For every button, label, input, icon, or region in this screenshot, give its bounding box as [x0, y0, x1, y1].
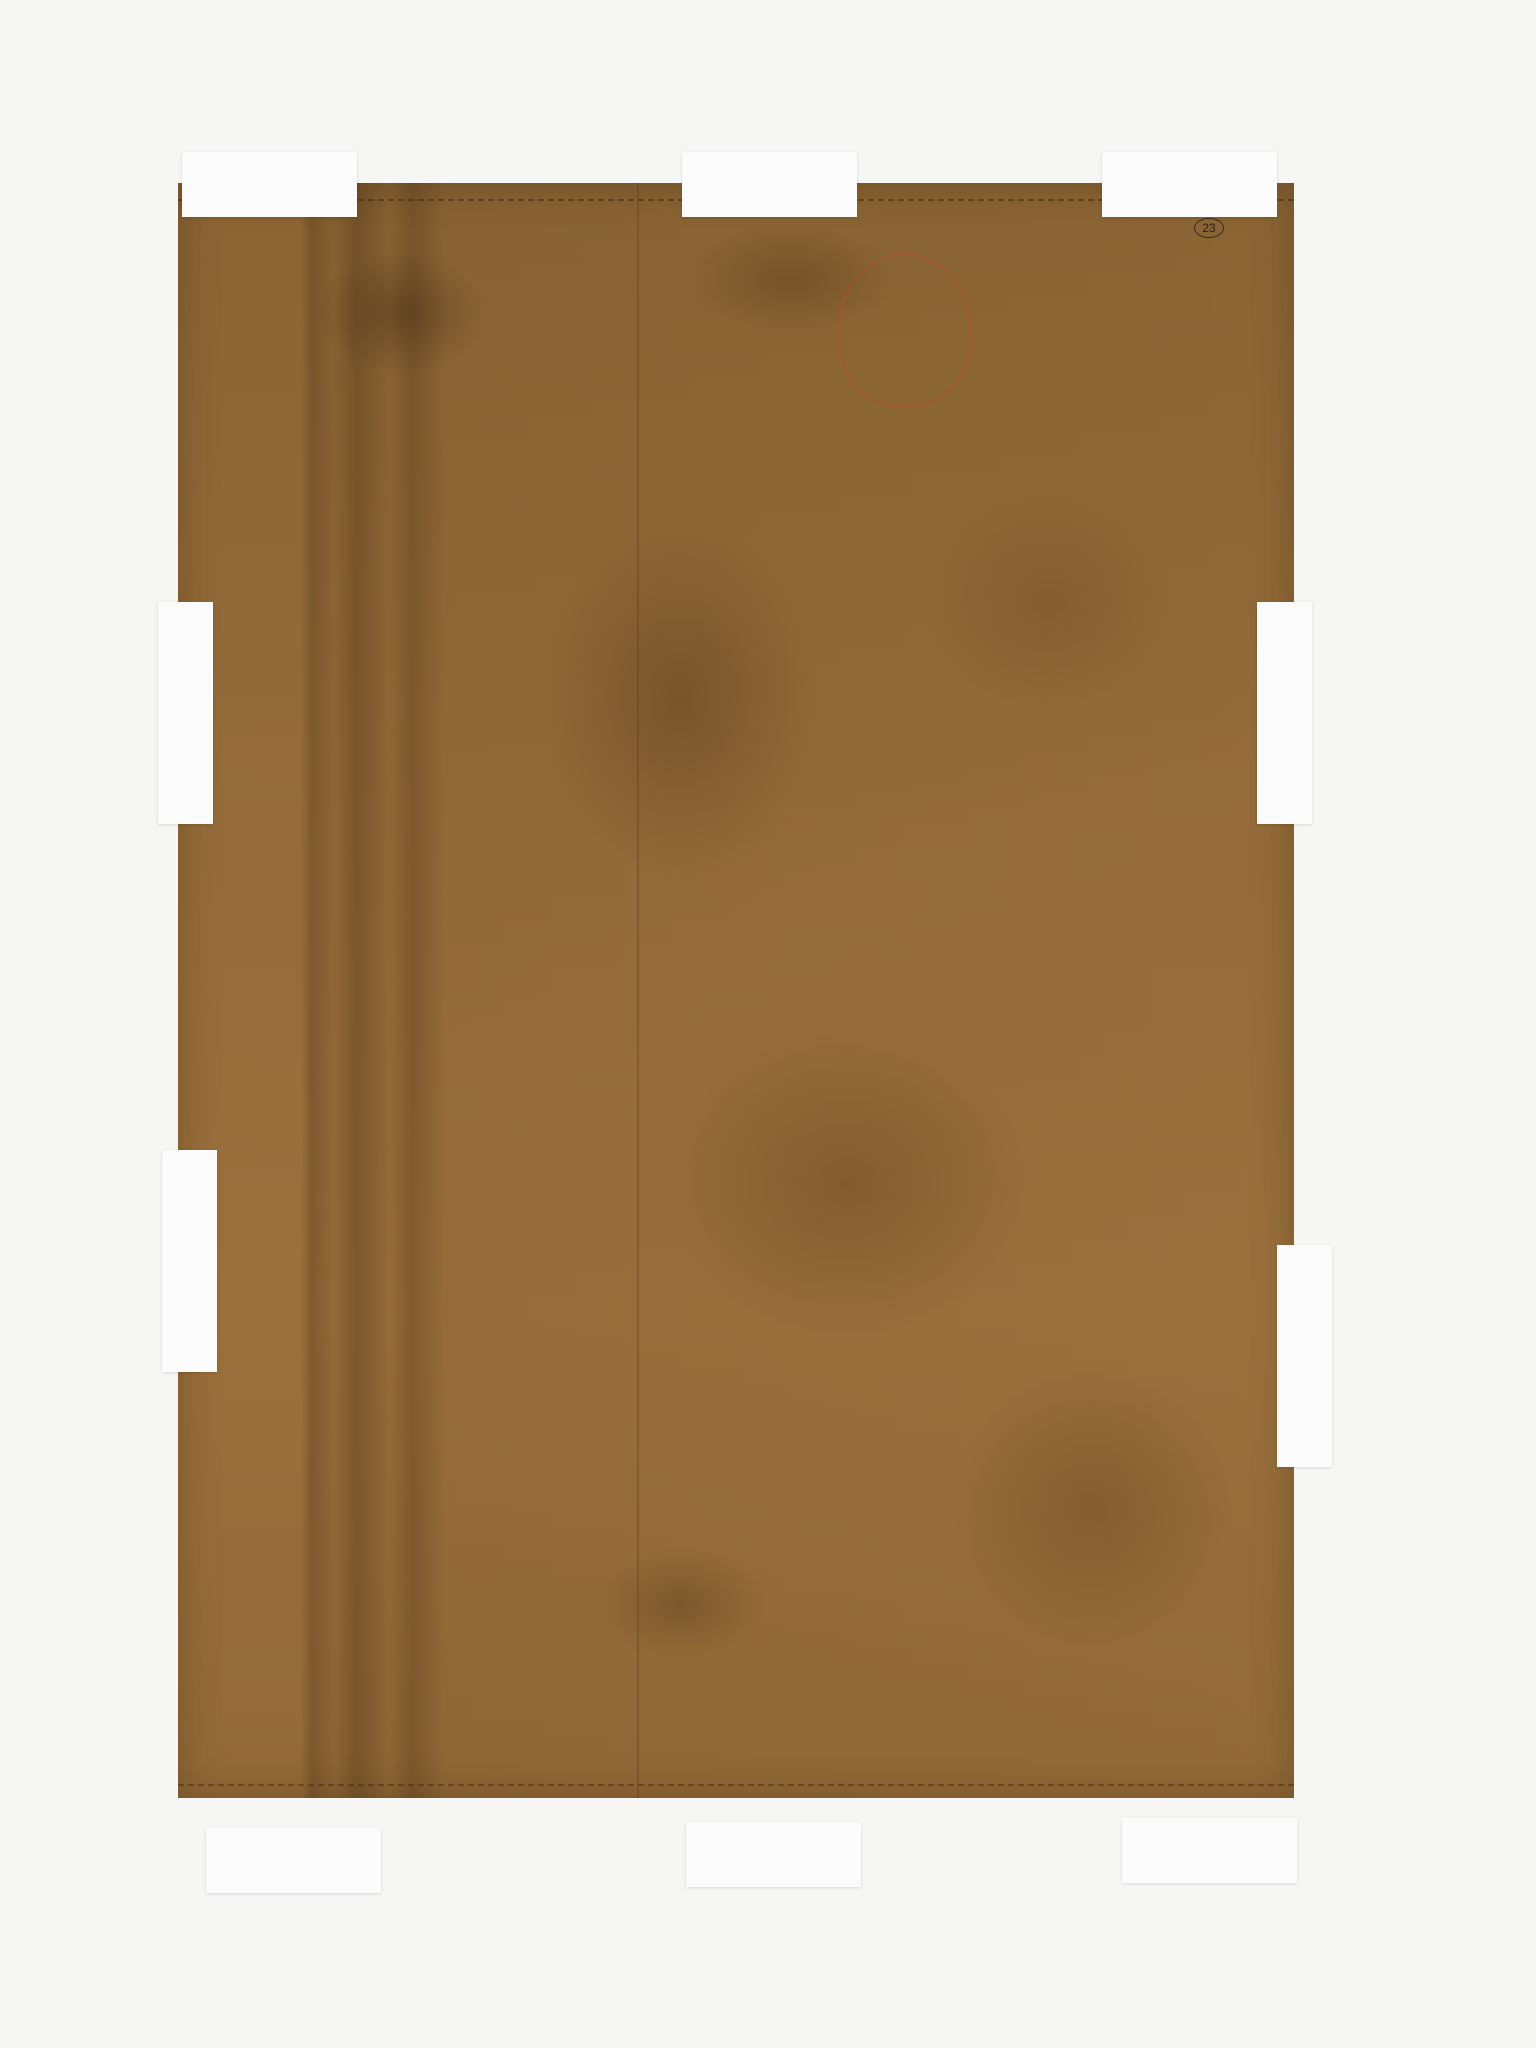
tape-tab-right-lower [1277, 1245, 1332, 1467]
tape-tab-top-left [182, 152, 357, 217]
tape-tab-bottom-left [206, 1828, 381, 1893]
tape-tab-top-center [682, 152, 857, 217]
red-underdrawing [838, 253, 972, 407]
tape-tab-bottom-right [1122, 1818, 1297, 1883]
tape-tab-left-upper [158, 602, 213, 824]
tape-tab-right-upper [1257, 602, 1312, 824]
center-seam [637, 183, 639, 1798]
cloth-painting-reverse: 23 [178, 183, 1294, 1798]
catalog-number: 23 [1194, 218, 1224, 238]
tape-tab-top-right [1102, 152, 1277, 217]
bottom-stitching [178, 1784, 1294, 1786]
tape-tab-bottom-center [686, 1822, 861, 1887]
tape-tab-left-lower [162, 1150, 217, 1372]
